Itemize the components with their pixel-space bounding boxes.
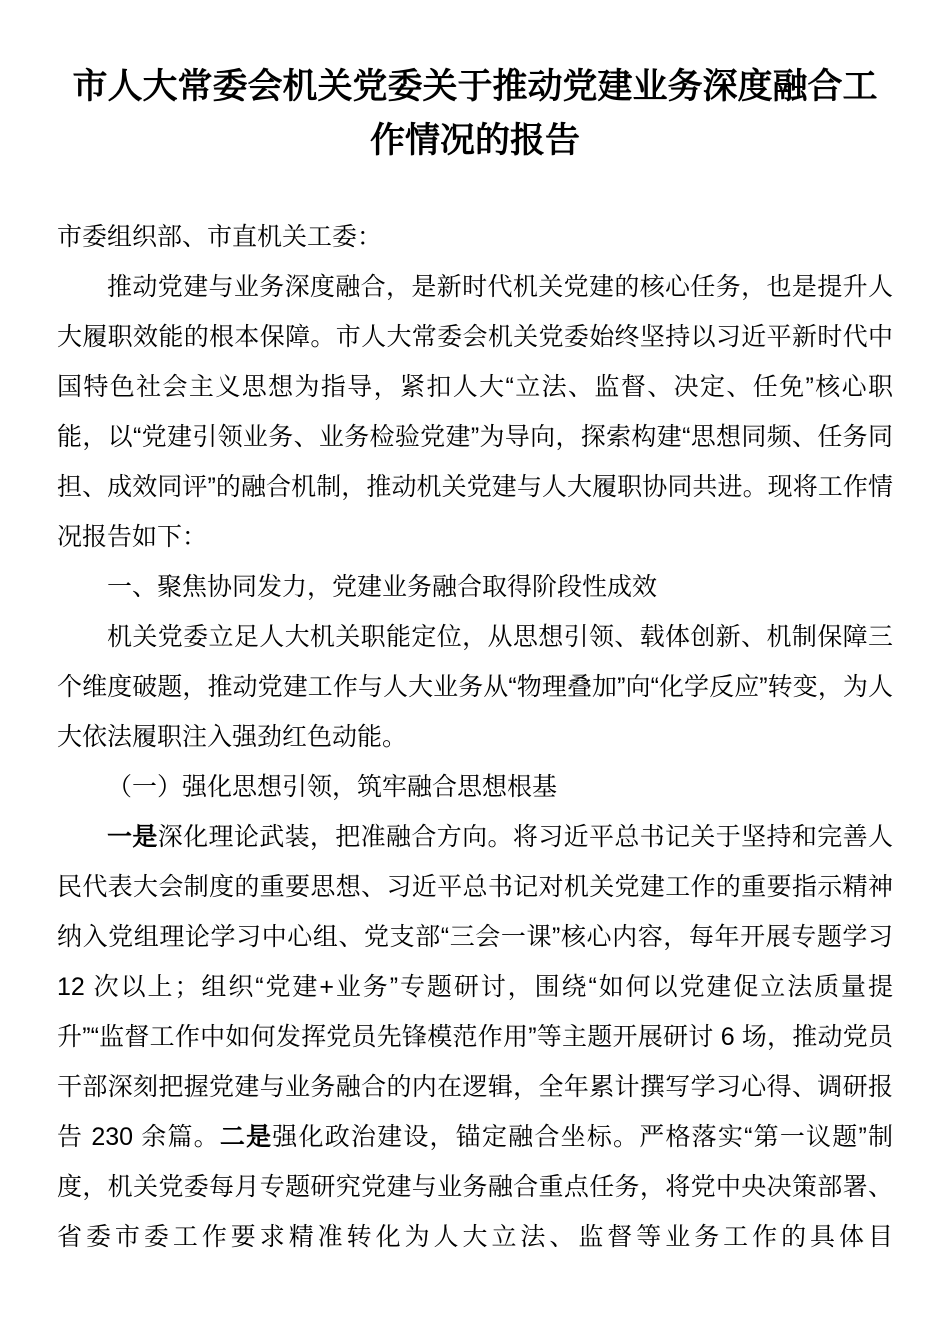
lead-in-second-point: 二是 bbox=[220, 1123, 272, 1151]
lead-in-first-point: 一是 bbox=[107, 823, 158, 851]
salutation: 市委组织部、市直机关工委： bbox=[57, 212, 893, 262]
subsection-1-1-heading: （一）强化思想引领，筑牢融合思想根基 bbox=[57, 762, 893, 812]
intro-paragraph: 推动党建与业务深度融合，是新时代机关党建的核心任务，也是提升人大履职效能的根本保… bbox=[57, 262, 893, 562]
subsection-1-1-body-paragraph: 一是深化理论武装，把准融合方向。将习近平总书记关于坚持和完善人民代表大会制度的重… bbox=[57, 812, 893, 1262]
document-page: 市人大常委会机关党委关于推动党建业务深度融合工作情况的报告 市委组织部、市直机关… bbox=[0, 0, 950, 1344]
document-title: 市人大常委会机关党委关于推动党建业务深度融合工作情况的报告 bbox=[57, 60, 893, 168]
first-point-text: 深化理论武装，把准融合方向。将习近平总书记关于坚持和完善人民代表大会制度的重要思… bbox=[57, 823, 893, 1151]
section-1-intro-paragraph: 机关党委立足人大机关职能定位，从思想引领、载体创新、机制保障三个维度破题，推动党… bbox=[57, 612, 893, 762]
section-1-heading: 一、聚焦协同发力，党建业务融合取得阶段性成效 bbox=[57, 562, 893, 612]
